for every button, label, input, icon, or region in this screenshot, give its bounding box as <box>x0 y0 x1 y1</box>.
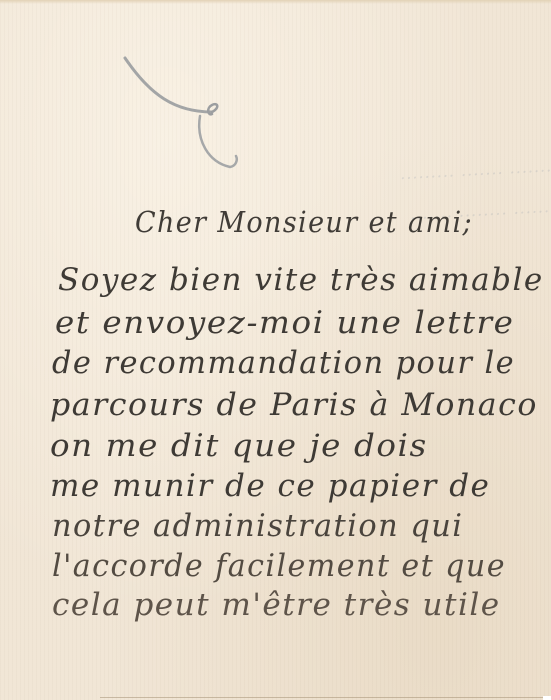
bleed-through-text: ......... ....... ........ <box>400 156 551 183</box>
pencil-stroke-mark <box>120 50 260 180</box>
paper-top-edge <box>0 0 551 4</box>
letter-line: et envoyez-moi une lettre <box>55 305 514 341</box>
paper-corner <box>543 696 551 700</box>
letter-page: ......... ....... ........ ....... .....… <box>0 0 551 700</box>
letter-line: l'accorde facilement et que <box>52 548 506 584</box>
letter-line: cela peut m'être très utile <box>52 587 501 623</box>
letter-salutation: Cher Monsieur et ami; <box>135 205 473 239</box>
paper-bottom-edge <box>100 697 543 698</box>
letter-line: parcours de Paris à Monaco <box>50 387 538 423</box>
letter-line: de recommandation pour le <box>52 345 515 381</box>
letter-line: on me dit que je dois <box>50 428 428 464</box>
letter-line: notre administration qui <box>52 508 463 544</box>
letter-line: me munir de ce papier de <box>50 468 490 504</box>
letter-line: Soyez bien vite très aimable <box>58 262 544 298</box>
